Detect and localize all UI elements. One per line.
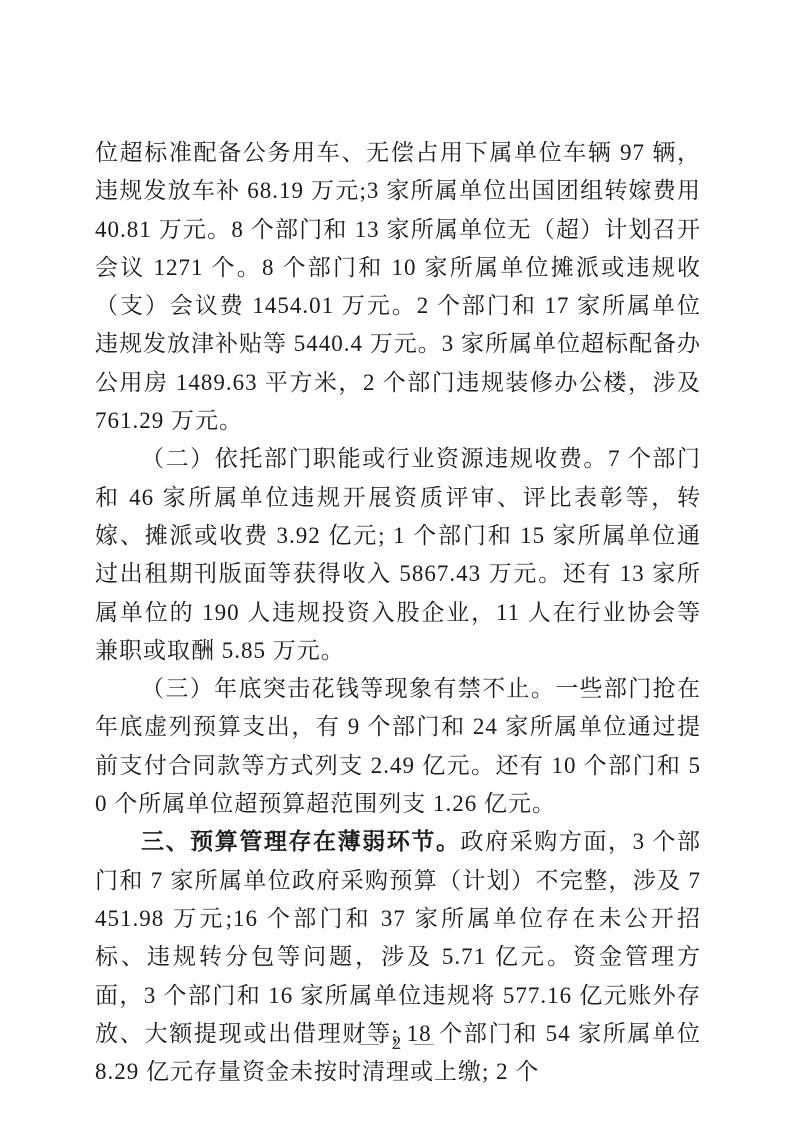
footer-dash-right: — [414,1033,433,1054]
page-number: 2 [379,1033,415,1055]
footer-dash-left: — [360,1033,379,1054]
page-footer: —2— [0,1033,793,1055]
section-heading-bold: 三、预算管理存在薄弱环节。 [141,829,461,854]
paragraph-text: 位超标准配备公务用车、无偿占用下属单位车辆 97 辆，违规发放车补 68.19 … [95,140,701,433]
paragraph-section-2: （二）依托部门职能或行业资源违规收费。7 个部门和 46 家所属单位违规开展资质… [95,440,701,670]
paragraph-continuation: 位超标准配备公务用车、无偿占用下属单位车辆 97 辆，违规发放车补 68.19 … [95,134,701,440]
subheading-kaiti-section-3: （三）年底突击花钱等现象有禁不止。 [141,676,555,701]
document-page: 位超标准配备公务用车、无偿占用下属单位车辆 97 辆，违规发放车补 68.19 … [0,0,793,1122]
subheading-kaiti-section-2: （二）依托部门职能或行业资源违规收费。 [141,446,608,471]
document-body: 位超标准配备公务用车、无偿占用下属单位车辆 97 辆，违规发放车补 68.19 … [95,134,701,1091]
paragraph-text: 7 个部门和 46 家所属单位违规开展资质评审、评比表彰等，转嫁、摊派或收费 3… [95,446,701,662]
paragraph-section-3: （三）年底突击花钱等现象有禁不止。一些部门抢在年底虚列预算支出，有 9 个部门和… [95,670,701,823]
